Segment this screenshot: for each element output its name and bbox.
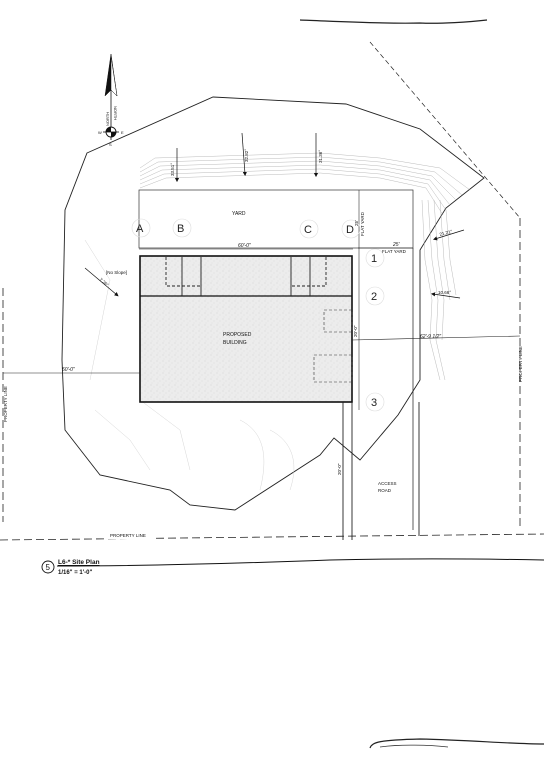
dim-building-right-offset: 20'-0" xyxy=(353,325,358,337)
access-road-label-line1: ACCESS xyxy=(378,481,397,486)
compass-e: E xyxy=(121,130,124,135)
north-label-left: NORTH xyxy=(105,112,110,126)
contour-lines-top xyxy=(140,153,470,215)
property-line-diagonal xyxy=(370,42,520,218)
property-line-right-label: PROPERTY LINE xyxy=(518,346,523,382)
scan-edge-bottom xyxy=(370,739,544,748)
access-road-label-line2: ROAD xyxy=(378,488,392,493)
dim-to-right-property: 62'-9 1/2" xyxy=(420,334,441,340)
drawing-number: 5 xyxy=(46,563,51,572)
grid-row-3: 3 xyxy=(371,397,377,409)
dim-access-road-width: 20'-0" xyxy=(337,463,342,475)
title-underline xyxy=(57,559,544,566)
title-block: 5 L6-* Site Plan 1/16" = 1'-0" xyxy=(42,559,544,576)
flat-yard-top-label: FLAT YARD xyxy=(382,249,407,254)
grid-row-2: 2 xyxy=(371,291,377,303)
dim-to-left-property: 50'-0" xyxy=(62,367,75,373)
drawing-scale: 1/16" = 1'-0" xyxy=(58,570,92,576)
dim-flat-yard-top: 25' xyxy=(392,242,401,248)
dim-flat-yard-side: 25' xyxy=(354,220,359,226)
property-line-bottom-label: PROPERTY LINE xyxy=(110,533,146,538)
slope-label-5: 10.66° xyxy=(438,290,451,295)
grid-column-markers: A B C D xyxy=(132,219,360,238)
slope-label-1: 33.51° xyxy=(170,163,175,176)
drawing-title: L6-* Site Plan xyxy=(58,559,100,566)
grid-row-markers: 1 2 3 xyxy=(366,249,384,411)
scan-edge-bottom-2 xyxy=(380,745,448,747)
scan-edge-top xyxy=(300,20,487,23)
grid-row-1: 1 xyxy=(371,253,377,265)
yard-label: YARD xyxy=(232,211,246,217)
slope-label-6: 7.26° xyxy=(98,277,109,288)
no-slope-label: [No Slope] xyxy=(106,270,127,275)
grid-column-a: A xyxy=(136,223,144,235)
north-label-right: NORTH xyxy=(113,106,118,120)
building-label-line1: PROPOSED xyxy=(223,332,252,338)
compass-s: S xyxy=(109,142,112,147)
grid-column-d: D xyxy=(346,224,354,236)
dim-building-width: 60'-0" xyxy=(238,243,251,249)
grid-column-b: B xyxy=(177,223,184,235)
grid-column-c: C xyxy=(304,224,312,236)
slope-label-2: 32.82° xyxy=(244,149,249,162)
property-line-bottom xyxy=(0,534,544,540)
property-line-left-label: PROPERTY LINE xyxy=(3,386,8,422)
flat-yard-side-label: FLAT YARD xyxy=(360,211,365,236)
slope-label-3: 31.36° xyxy=(318,150,323,163)
compass-w: W xyxy=(98,130,102,135)
site-plan-drawing: PROPERTY LINE PROPERTY LINE PROPERTY LIN… xyxy=(0,0,544,768)
north-arrow: NORTH NORTH W E S xyxy=(98,54,124,147)
proposed-building xyxy=(140,256,352,402)
building-label-line2: BUILDING xyxy=(223,340,247,346)
